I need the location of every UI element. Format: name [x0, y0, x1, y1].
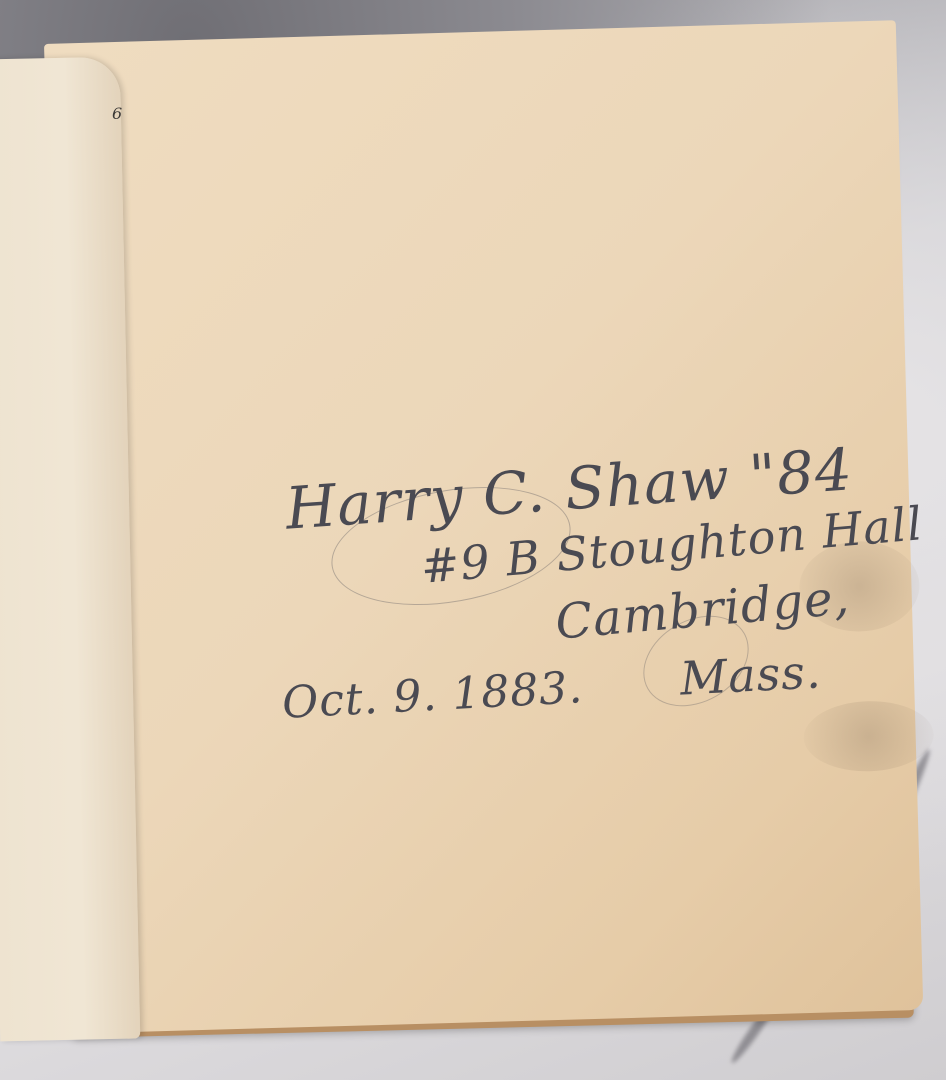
inscription-state: Mass.	[679, 644, 823, 705]
pencil-smudge	[803, 699, 935, 773]
page-number: 6	[112, 104, 122, 123]
left-page	[0, 57, 140, 1042]
